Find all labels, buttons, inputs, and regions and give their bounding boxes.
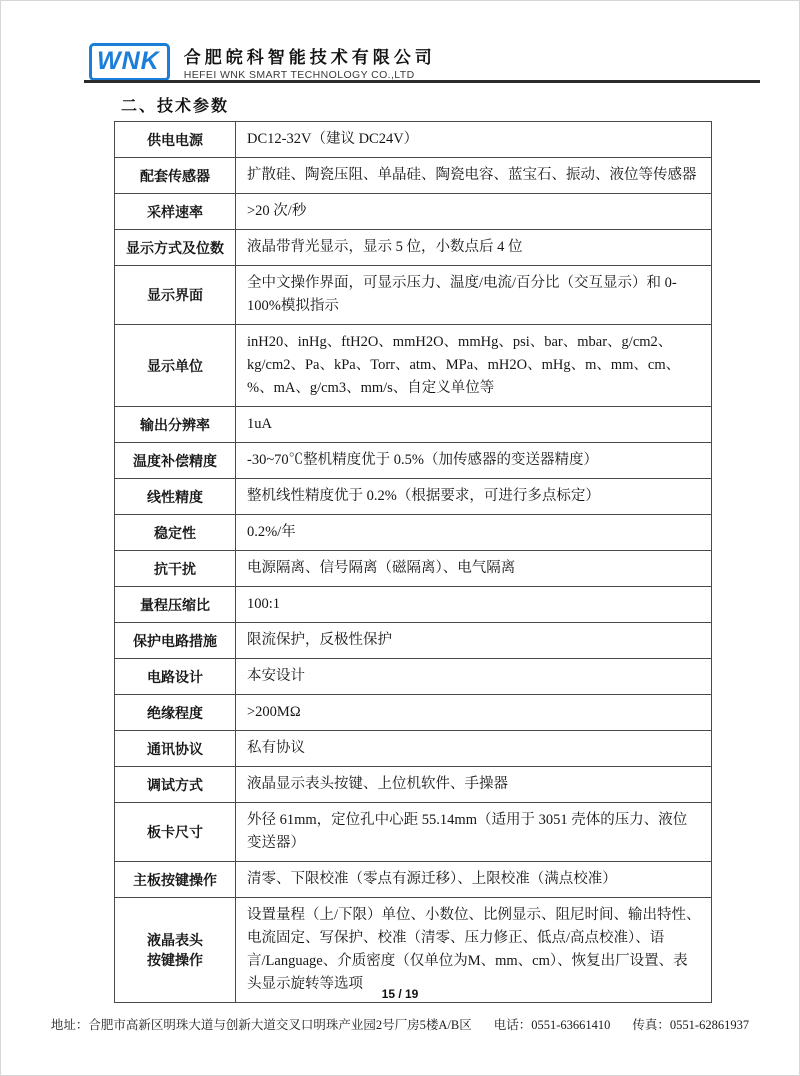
param-value: 扩散硅、陶瓷压阻、单晶硅、陶瓷电容、蓝宝石、振动、液位等传感器 [236,158,712,194]
param-value: 全中文操作界面，可显示压力、温度/电流/百分比（交互显示）和 0-100%模拟指… [236,266,712,325]
param-value: 清零、下限校准（零点有源迁移）、上限校准（满点校准） [236,862,712,898]
table-row: 抗干扰 电源隔离、信号隔离（磁隔离）、电气隔离 [115,551,712,587]
table-row: 温度补偿精度 -30~70℃整机精度优于 0.5%（加传感器的变送器精度） [115,443,712,479]
table-row: 板卡尺寸 外径 61mm，定位孔中心距 55.14mm（适用于 3051 壳体的… [115,803,712,862]
param-label: 量程压缩比 [115,587,236,623]
param-label: 主板按键操作 [115,862,236,898]
param-value: 0.2%/年 [236,515,712,551]
param-label: 绝缘程度 [115,695,236,731]
param-value: DC12-32V（建议 DC24V） [236,122,712,158]
param-label: 显示方式及位数 [115,230,236,266]
table-row: 稳定性 0.2%/年 [115,515,712,551]
param-value: 私有协议 [236,731,712,767]
table-row: 采样速率 >20 次/秒 [115,194,712,230]
param-label: 抗干扰 [115,551,236,587]
param-value: 液晶显示表头按键、上位机软件、手操器 [236,767,712,803]
param-label: 通讯协议 [115,731,236,767]
table-row: 绝缘程度 >200MΩ [115,695,712,731]
param-label: 显示单位 [115,325,236,407]
param-value: 100:1 [236,587,712,623]
table-row: 输出分辨率 1uA [115,407,712,443]
table-row: 配套传感器 扩散硅、陶瓷压阻、单晶硅、陶瓷电容、蓝宝石、振动、液位等传感器 [115,158,712,194]
spec-table: 供电电源 DC12-32V（建议 DC24V） 配套传感器 扩散硅、陶瓷压阻、单… [114,121,712,1003]
param-label: 保护电路措施 [115,623,236,659]
param-value: >20 次/秒 [236,194,712,230]
param-value: 1uA [236,407,712,443]
company-logo: WNK [89,43,170,81]
company-name-cn: 合肥皖科智能技术有限公司 [184,43,436,68]
table-row: 量程压缩比 100:1 [115,587,712,623]
footer: 地址：合肥市高新区明珠大道与创新大道交叉口明珠产业园2号厂房5楼A/B区 电话：… [1,1015,799,1033]
table-row: 供电电源 DC12-32V（建议 DC24V） [115,122,712,158]
table-row: 显示界面 全中文操作界面，可显示压力、温度/电流/百分比（交互显示）和 0-10… [115,266,712,325]
param-label: 显示界面 [115,266,236,325]
table-row: 显示单位 inH20、inHg、ftH2O、mmH2O、mmHg、psi、bar… [115,325,712,407]
param-label: 输出分辨率 [115,407,236,443]
table-row: 保护电路措施 限流保护，反极性保护 [115,623,712,659]
param-value: 外径 61mm，定位孔中心距 55.14mm（适用于 3051 壳体的压力、液位… [236,803,712,862]
param-label: 温度补偿精度 [115,443,236,479]
param-value: >200MΩ [236,695,712,731]
param-value: 整机线性精度优于 0.2%（根据要求，可进行多点标定） [236,479,712,515]
table-row: 主板按键操作 清零、下限校准（零点有源迁移）、上限校准（满点校准） [115,862,712,898]
document-page: WNK 合肥皖科智能技术有限公司 HEFEI WNK SMART TECHNOL… [0,0,800,1076]
param-label: 电路设计 [115,659,236,695]
param-value: 本安设计 [236,659,712,695]
param-value: inH20、inHg、ftH2O、mmH2O、mmHg、psi、bar、mbar… [236,325,712,407]
header-divider [84,80,760,83]
section-title: 二、技术参数 [121,93,229,116]
table-row: 显示方式及位数 液晶带背光显示，显示 5 位，小数点后 4 位 [115,230,712,266]
param-label: 采样速率 [115,194,236,230]
param-label: 供电电源 [115,122,236,158]
footer-phone: 电话：0551-63661410 [494,1015,611,1033]
table-row: 线性精度 整机线性精度优于 0.2%（根据要求，可进行多点标定） [115,479,712,515]
param-value: 液晶带背光显示，显示 5 位，小数点后 4 位 [236,230,712,266]
param-label: 配套传感器 [115,158,236,194]
page-header: WNK 合肥皖科智能技术有限公司 HEFEI WNK SMART TECHNOL… [89,43,436,81]
param-value: -30~70℃整机精度优于 0.5%（加传感器的变送器精度） [236,443,712,479]
param-label: 稳定性 [115,515,236,551]
spec-table-body: 供电电源 DC12-32V（建议 DC24V） 配套传感器 扩散硅、陶瓷压阻、单… [115,122,712,1003]
footer-fax: 传真：0551-62861937 [632,1015,749,1033]
table-row: 通讯协议 私有协议 [115,731,712,767]
param-value: 电源隔离、信号隔离（磁隔离）、电气隔离 [236,551,712,587]
company-names: 合肥皖科智能技术有限公司 HEFEI WNK SMART TECHNOLOGY … [184,43,436,81]
param-label: 板卡尺寸 [115,803,236,862]
table-row: 调试方式 液晶显示表头按键、上位机软件、手操器 [115,767,712,803]
param-label: 调试方式 [115,767,236,803]
page-number: 15 / 19 [1,987,799,1001]
table-row: 电路设计 本安设计 [115,659,712,695]
param-value: 限流保护，反极性保护 [236,623,712,659]
param-label: 线性精度 [115,479,236,515]
footer-address: 地址：合肥市高新区明珠大道与创新大道交叉口明珠产业园2号厂房5楼A/B区 [51,1015,472,1033]
